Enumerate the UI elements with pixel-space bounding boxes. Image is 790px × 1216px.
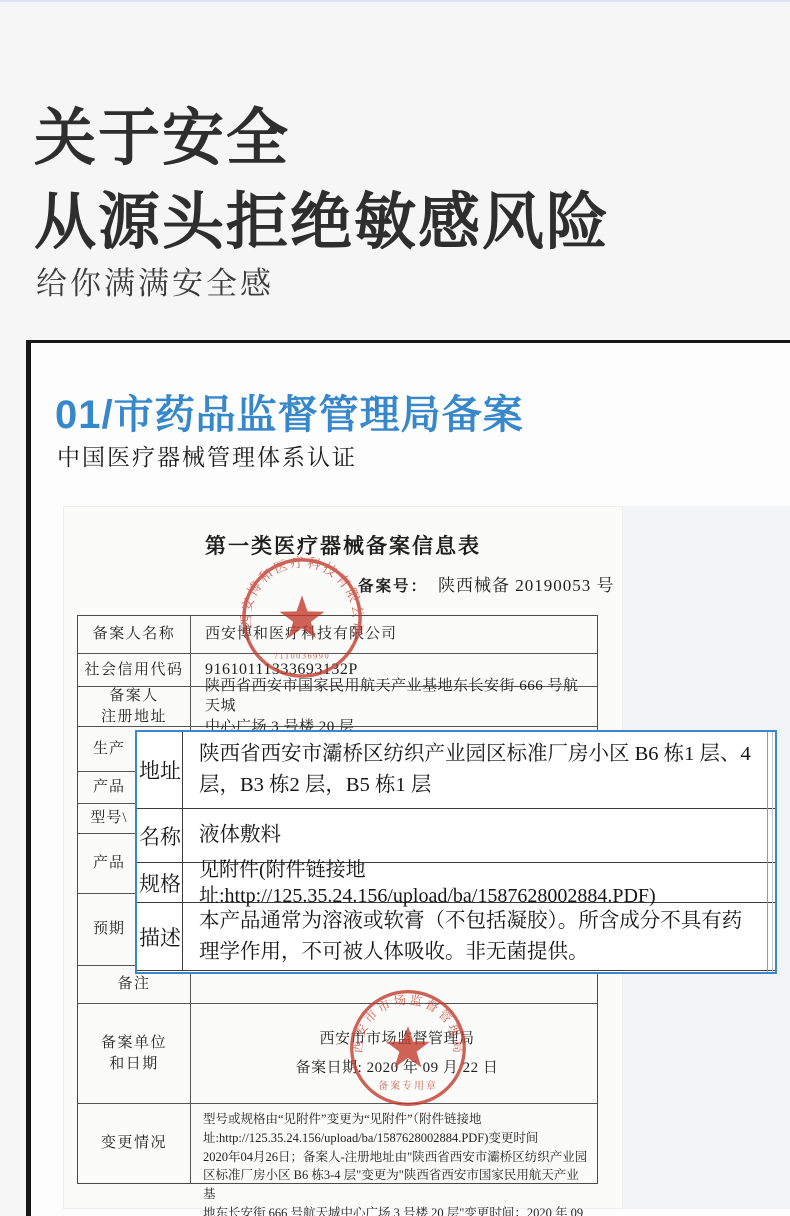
zoom-row: 描述 本产品通常为溶液或软膏（不包括凝胶）。所含成分不具有药 理学作用，不可被人… (137, 903, 775, 971)
record-number: 备案号：陕西械备 20190053 号 (358, 571, 615, 596)
row-value: 型号或规格由“见附件”变更为“见附件”（附件链接地 址:http://125.3… (191, 1104, 597, 1183)
row-label: 社会信用代码 (78, 654, 191, 686)
record-number-label: 备案号： (358, 578, 428, 595)
magnified-table-border-line (767, 732, 768, 972)
certification-card: 01/市药品监督管理局备案 中国医疗器械管理体系认证 第一类医疗器械备案信息表 … (26, 340, 790, 1216)
row-value: 西安博和医疗科技有限公司 (191, 616, 597, 653)
table-row: 备案人名称 西安博和医疗科技有限公司 (78, 616, 597, 654)
zoom-row-label: 名称 (137, 809, 183, 862)
zoom-row: 规格 见附件(附件链接地 址:http://125.35.24.156/uplo… (137, 863, 775, 903)
zoom-row: 地址 陕西省西安市灞桥区纺织产业园区标准厂房小区 B6 栋1 层、4 层，B3 … (137, 732, 775, 809)
row-value: 西安市市场监督管理局 备案日期: 2020 年 09 月 22 日 (191, 1004, 597, 1103)
section-heading: 01/市药品监督管理局备案 (55, 383, 524, 440)
hero-title-line1: 关于安全 (34, 88, 290, 177)
row-label: 备案单位 和日期 (78, 1004, 191, 1103)
zoom-row-label: 地址 (137, 732, 183, 808)
zoom-callout-box: 地址 陕西省西安市灞桥区纺织产业园区标准厂房小区 B6 栋1 层、4 层，B3 … (135, 730, 777, 974)
zoom-row: 名称 液体敷料 (137, 809, 775, 863)
record-number-value: 陕西械备 20190053 号 (438, 576, 615, 595)
top-divider (0, 0, 790, 2)
section-subheading: 中国医疗器械管理体系认证 (57, 439, 357, 472)
magnified-table-border-line (772, 732, 773, 972)
zoom-row-value: 陕西省西安市灞桥区纺织产业园区标准厂房小区 B6 栋1 层、4 层，B3 栋2 … (183, 732, 775, 808)
table-row: 变更情况 型号或规格由“见附件”变更为“见附件”（附件链接地 址:http://… (78, 1104, 597, 1183)
zoom-row-label: 规格 (137, 863, 183, 902)
hero-subtitle: 给你满满安全感 (36, 258, 274, 303)
row-label: 变更情况 (78, 1104, 191, 1183)
row-label: 备案人名称 (78, 616, 191, 653)
zoom-row-value: 见附件(附件链接地 址:http://125.35.24.156/upload/… (183, 863, 775, 902)
table-row: 备案人 注册地址 陕西省西安市国家民用航天产业基地东长安街 666 号航天城 中… (78, 687, 597, 727)
row-value: 陕西省西安市国家民用航天产业基地东长安街 666 号航天城 中心广场 3 号楼 … (191, 687, 597, 726)
row-label: 备案人 注册地址 (78, 687, 191, 726)
document-title: 第一类医疗器械备案信息表 (64, 530, 622, 560)
zoom-row-label: 描述 (137, 903, 183, 970)
zoom-row-value: 液体敷料 (183, 809, 775, 862)
zoom-row-value: 本产品通常为溶液或软膏（不包括凝胶）。所含成分不具有药 理学作用，不可被人体吸收… (183, 903, 775, 970)
table-row: 备案单位 和日期 西安市市场监督管理局 备案日期: 2020 年 09 月 22… (78, 1004, 597, 1104)
hero-title-line2: 从源头拒绝敏感风险 (34, 172, 610, 261)
product-detail-page: 关于安全 从源头拒绝敏感风险 给你满满安全感 01/市药品监督管理局备案 中国医… (0, 0, 790, 1216)
